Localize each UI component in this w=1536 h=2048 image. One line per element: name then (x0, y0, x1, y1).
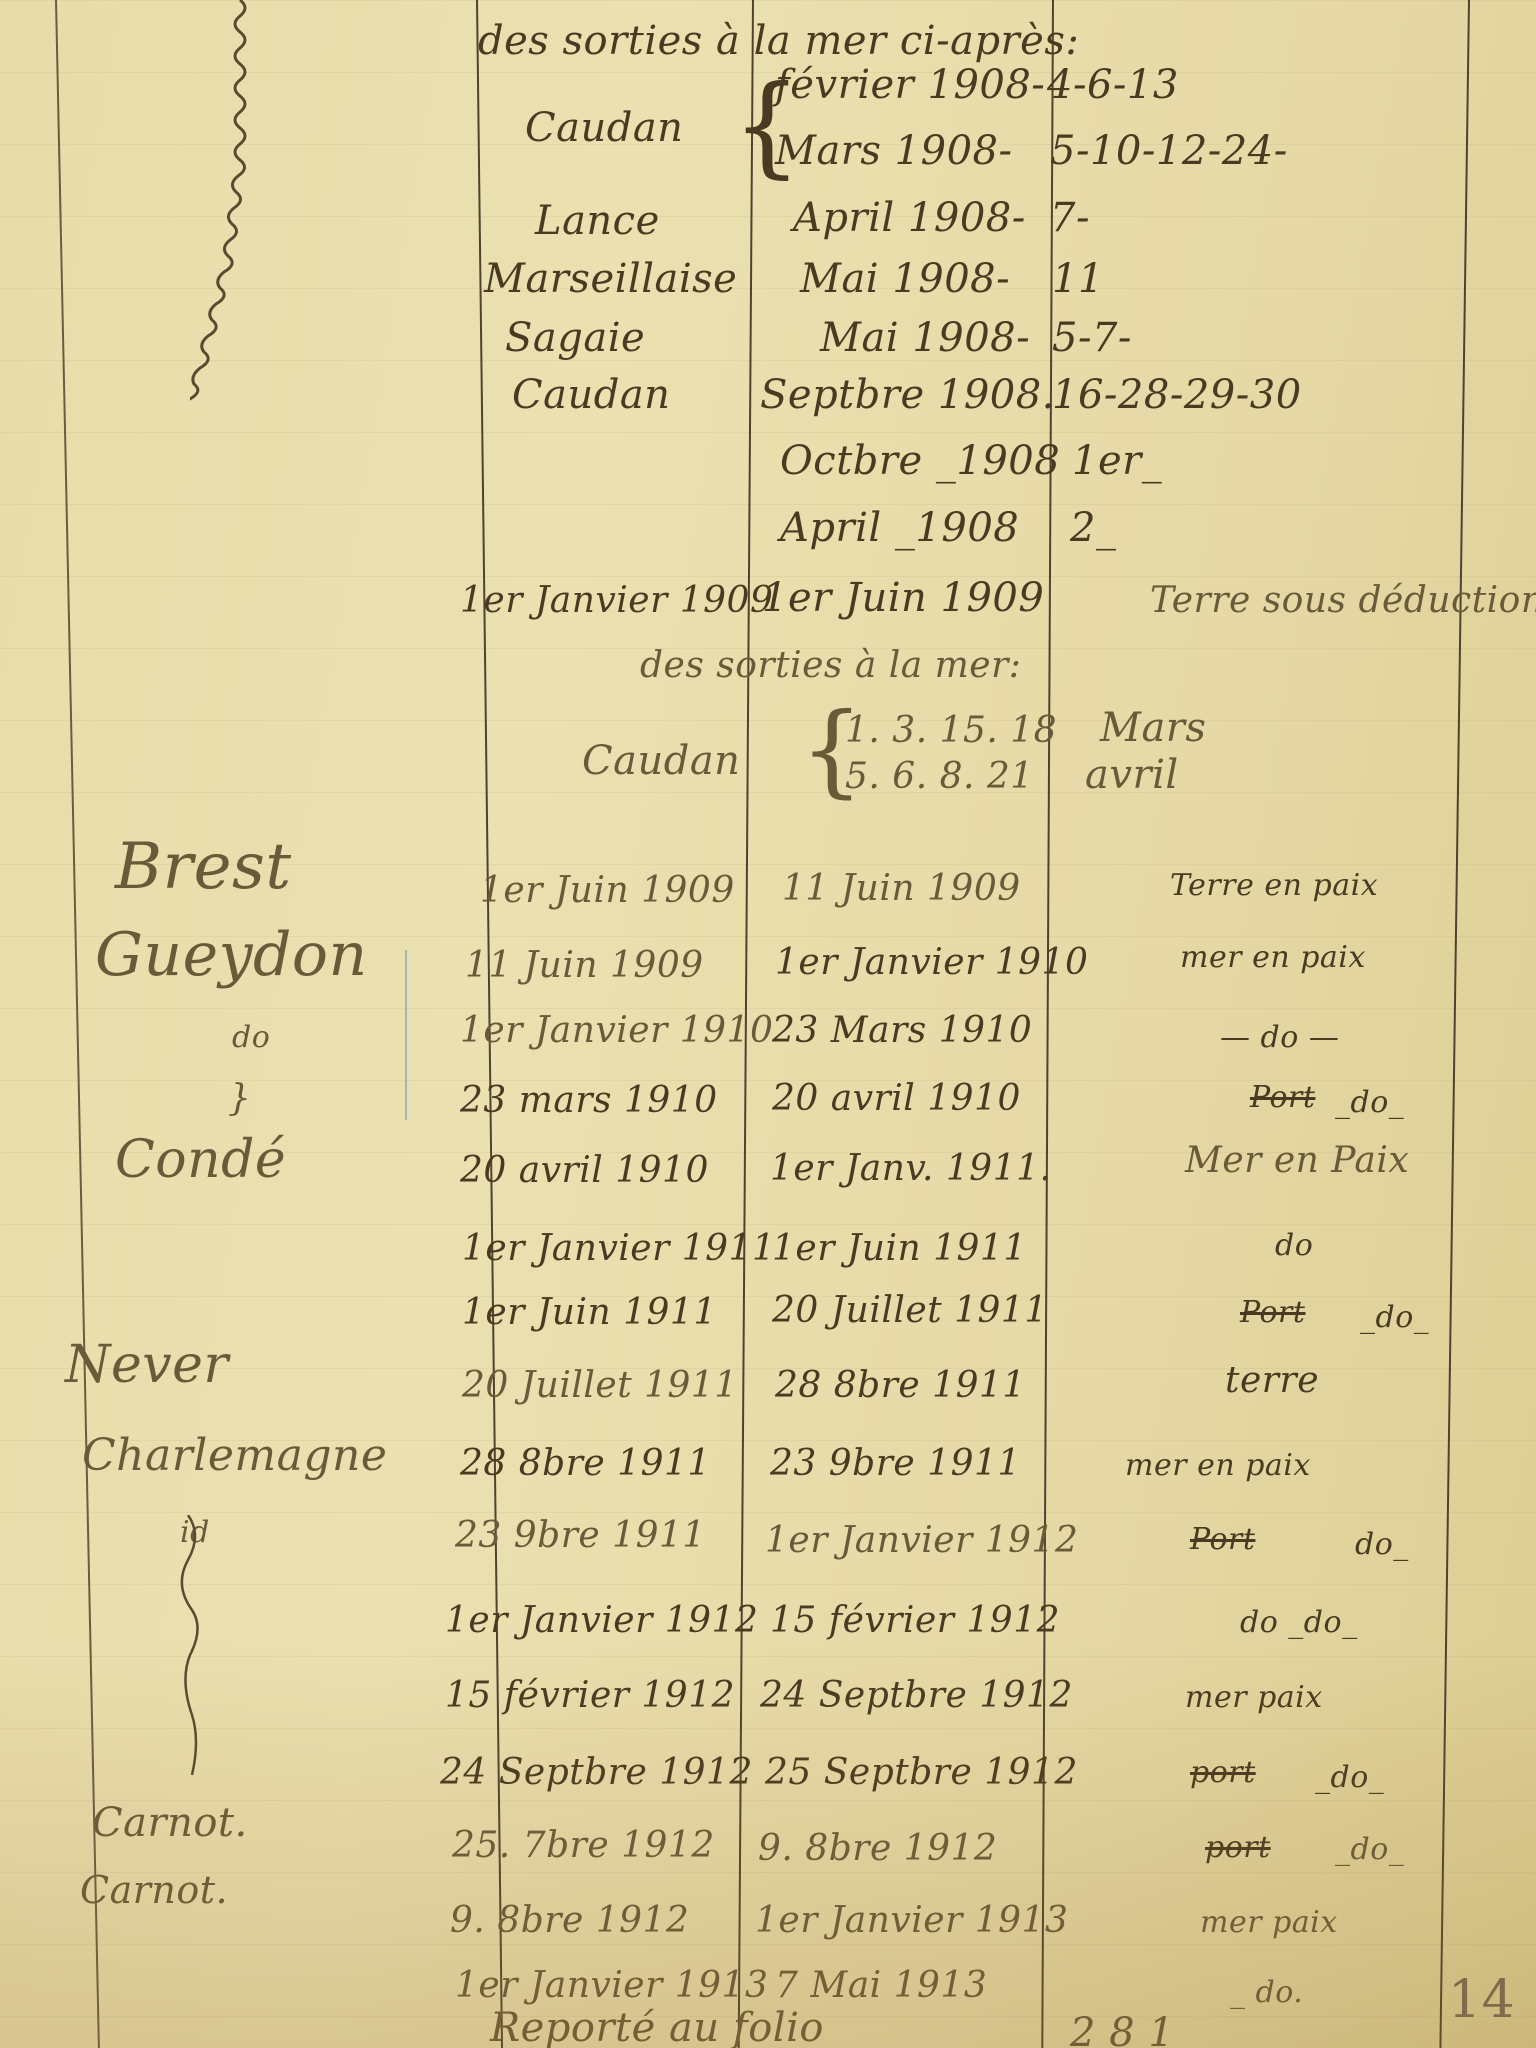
row-3-status-struck: Port (1250, 1080, 1315, 1115)
row-4-status: Mer en Paix (1185, 1140, 1409, 1181)
days-avril-1909: 5. 6. 8. 21 (845, 756, 1034, 797)
ship-name-never: Never (65, 1335, 229, 1395)
row-13-status-struck: port (1205, 1830, 1271, 1865)
row-6-ditto: _do_ (1360, 1300, 1429, 1335)
month-mai-1908-a: Mai 1908- (800, 256, 1010, 302)
row-12-from: 24 Septbre 1912 (440, 1752, 753, 1793)
month-mai-1908-b: Mai 1908- (820, 315, 1030, 361)
ship-name-charlemagne: Charlemagne (82, 1430, 387, 1481)
ship-name-conde: Condé (115, 1130, 286, 1190)
row-13-ditto: _do_ (1335, 1832, 1404, 1867)
row-13-from: 25. 7bre 1912 (452, 1825, 715, 1866)
days-mai-1908-a: 11 (1052, 256, 1104, 302)
row-5-from: 1er Janvier 1911 (462, 1228, 775, 1269)
row-7-to: 28 8bre 1911 (775, 1365, 1026, 1406)
row-10-from: 1er Janvier 1912 (445, 1600, 758, 1641)
row-14-from: 9. 8bre 1912 (450, 1900, 689, 1941)
row-0-to: 11 Juin 1909 (782, 868, 1021, 909)
row-7-from: 20 Juillet 1911 (462, 1365, 738, 1406)
row-2-to: 23 Mars 1910 (772, 1010, 1032, 1051)
days-april-1908: 7- (1050, 195, 1090, 241)
row-3-from: 23 mars 1910 (460, 1080, 718, 1121)
note-sorties-a-la-mer: des sorties à la mer: (640, 645, 1021, 686)
wavy-line-mark (190, 0, 260, 630)
ship-name-carnot-2: Carnot. (80, 1868, 228, 1912)
header-sorties-line: des sorties à la mer ci-après: (478, 18, 1079, 64)
ship-name-lance: Lance (535, 198, 660, 244)
row-11-from: 15 février 1912 (445, 1675, 735, 1716)
ship-ditto-1: do (232, 1020, 270, 1055)
month-avril-1909: avril (1085, 752, 1179, 798)
row-6-from: 1er Juin 1911 (462, 1292, 717, 1333)
row-9-to: 1er Janvier 1912 (765, 1520, 1078, 1561)
ship-name-brest: Brest (115, 830, 292, 904)
row-6-status-struck: Port (1240, 1295, 1305, 1330)
row-0-from: 1er Juin 1909 (480, 870, 735, 911)
right-margin-line (1439, 0, 1470, 2048)
row-6-to: 20 Juillet 1911 (772, 1290, 1048, 1331)
row-8-to: 23 9bre 1911 (770, 1443, 1021, 1484)
month-april-1908-b: April _1908 (780, 505, 1019, 551)
ship-name-carnot-1: Carnot. (92, 1800, 248, 1846)
row-11-status: mer paix (1185, 1680, 1323, 1715)
ship-name-caudan-3: Caudan (582, 738, 740, 784)
month-sept-1908: Septbre 1908. (760, 372, 1055, 418)
days-mars-1909: 1. 3. 15. 18 (845, 710, 1057, 751)
brace-line-charlemagne (170, 1515, 210, 1815)
status-terre-sous-deduction: Terre sous déduction (1150, 580, 1536, 621)
blue-pencil-mark (405, 950, 407, 1120)
row-13-to: 9. 8bre 1912 (758, 1828, 997, 1869)
column-divider-3 (1041, 0, 1054, 2048)
row-2-from: 1er Janvier 1910 (460, 1010, 773, 1051)
row-12-ditto: _do_ (1315, 1760, 1384, 1795)
row-15-from: 1er Janvier 1913 (455, 1965, 768, 2006)
ship-name-caudan-2: Caudan (512, 372, 670, 418)
row-15-to: 7 Mai 1913 (775, 1965, 987, 2006)
footer-right-figures: 2 8 1 (1070, 2010, 1174, 2048)
row-0-status: Terre en paix (1170, 868, 1378, 903)
row-12-to: 25 Septbre 1912 (765, 1752, 1078, 1793)
row-1-from: 11 Juin 1909 (465, 945, 704, 986)
ship-name-caudan: Caudan (525, 105, 683, 151)
month-oct-1908: Octbre _1908 (780, 438, 1060, 484)
row-14-status: mer paix (1200, 1905, 1338, 1940)
days-sept-1908: 16-28-29-30 (1052, 372, 1302, 418)
row-1-to: 1er Janvier 1910 (775, 942, 1088, 983)
days-april-1908-b: 2_ (1070, 505, 1116, 551)
row-14-to: 1er Janvier 1913 (755, 1900, 1068, 1941)
month-april-1908: April 1908- (793, 195, 1026, 241)
month-fevrier-1908: février 1908- (775, 62, 1045, 108)
row-10-to: 15 février 1912 (770, 1600, 1060, 1641)
month-mars-1909: Mars (1100, 705, 1206, 751)
row-9-status-struck: Port (1190, 1522, 1255, 1557)
row-8-from: 28 8bre 1911 (460, 1443, 711, 1484)
ship-name-gueydon: Gueydon (95, 920, 368, 990)
row-10-ditto: do _do_ (1240, 1605, 1358, 1640)
days-fevrier-1908: 4-6-13 (1047, 62, 1179, 108)
row-9-ditto: do_ (1355, 1527, 1409, 1562)
days-mai-1908-b: 5-7- (1052, 315, 1132, 361)
days-oct-1908: 1er_ (1072, 438, 1162, 484)
row-2-ditto: — do — (1220, 1020, 1339, 1055)
date-to-1909: 1er Juin 1909 (762, 575, 1044, 621)
footer-reporte-au-folio: Reporté au folio (490, 2005, 824, 2048)
row-12-status-struck: port (1190, 1755, 1256, 1790)
month-mars-1908: Mars 1908- (775, 128, 1012, 174)
row-9-from: 23 9bre 1911 (455, 1515, 706, 1556)
ship-name-sagaie: Sagaie (505, 315, 645, 361)
row-5-to: 1er Juin 1911 (772, 1228, 1027, 1269)
row-7-status: terre (1225, 1360, 1319, 1401)
row-3-ditto: _do_ (1335, 1085, 1404, 1120)
page-number: 14 (1448, 1970, 1515, 2030)
row-15-ditto: _ do. (1230, 1975, 1303, 2010)
row-3-to: 20 avril 1910 (772, 1078, 1021, 1119)
row-11-to: 24 Septbre 1912 (760, 1675, 1073, 1716)
days-mars-1908: 5-10-12-24- (1050, 128, 1288, 174)
ship-brace-small: } (228, 1078, 251, 1119)
row-8-status: mer en paix (1125, 1448, 1311, 1483)
row-4-to: 1er Janv. 1911. (770, 1148, 1051, 1189)
left-margin-line (55, 0, 99, 2048)
row-1-status: mer en paix (1180, 940, 1366, 975)
row-4-from: 20 avril 1910 (460, 1150, 709, 1191)
ship-name-marseillaise: Marseillaise (484, 256, 737, 302)
date-from-1909: 1er Janvier 1909 (460, 580, 773, 621)
row-5-ditto: do (1275, 1228, 1313, 1263)
